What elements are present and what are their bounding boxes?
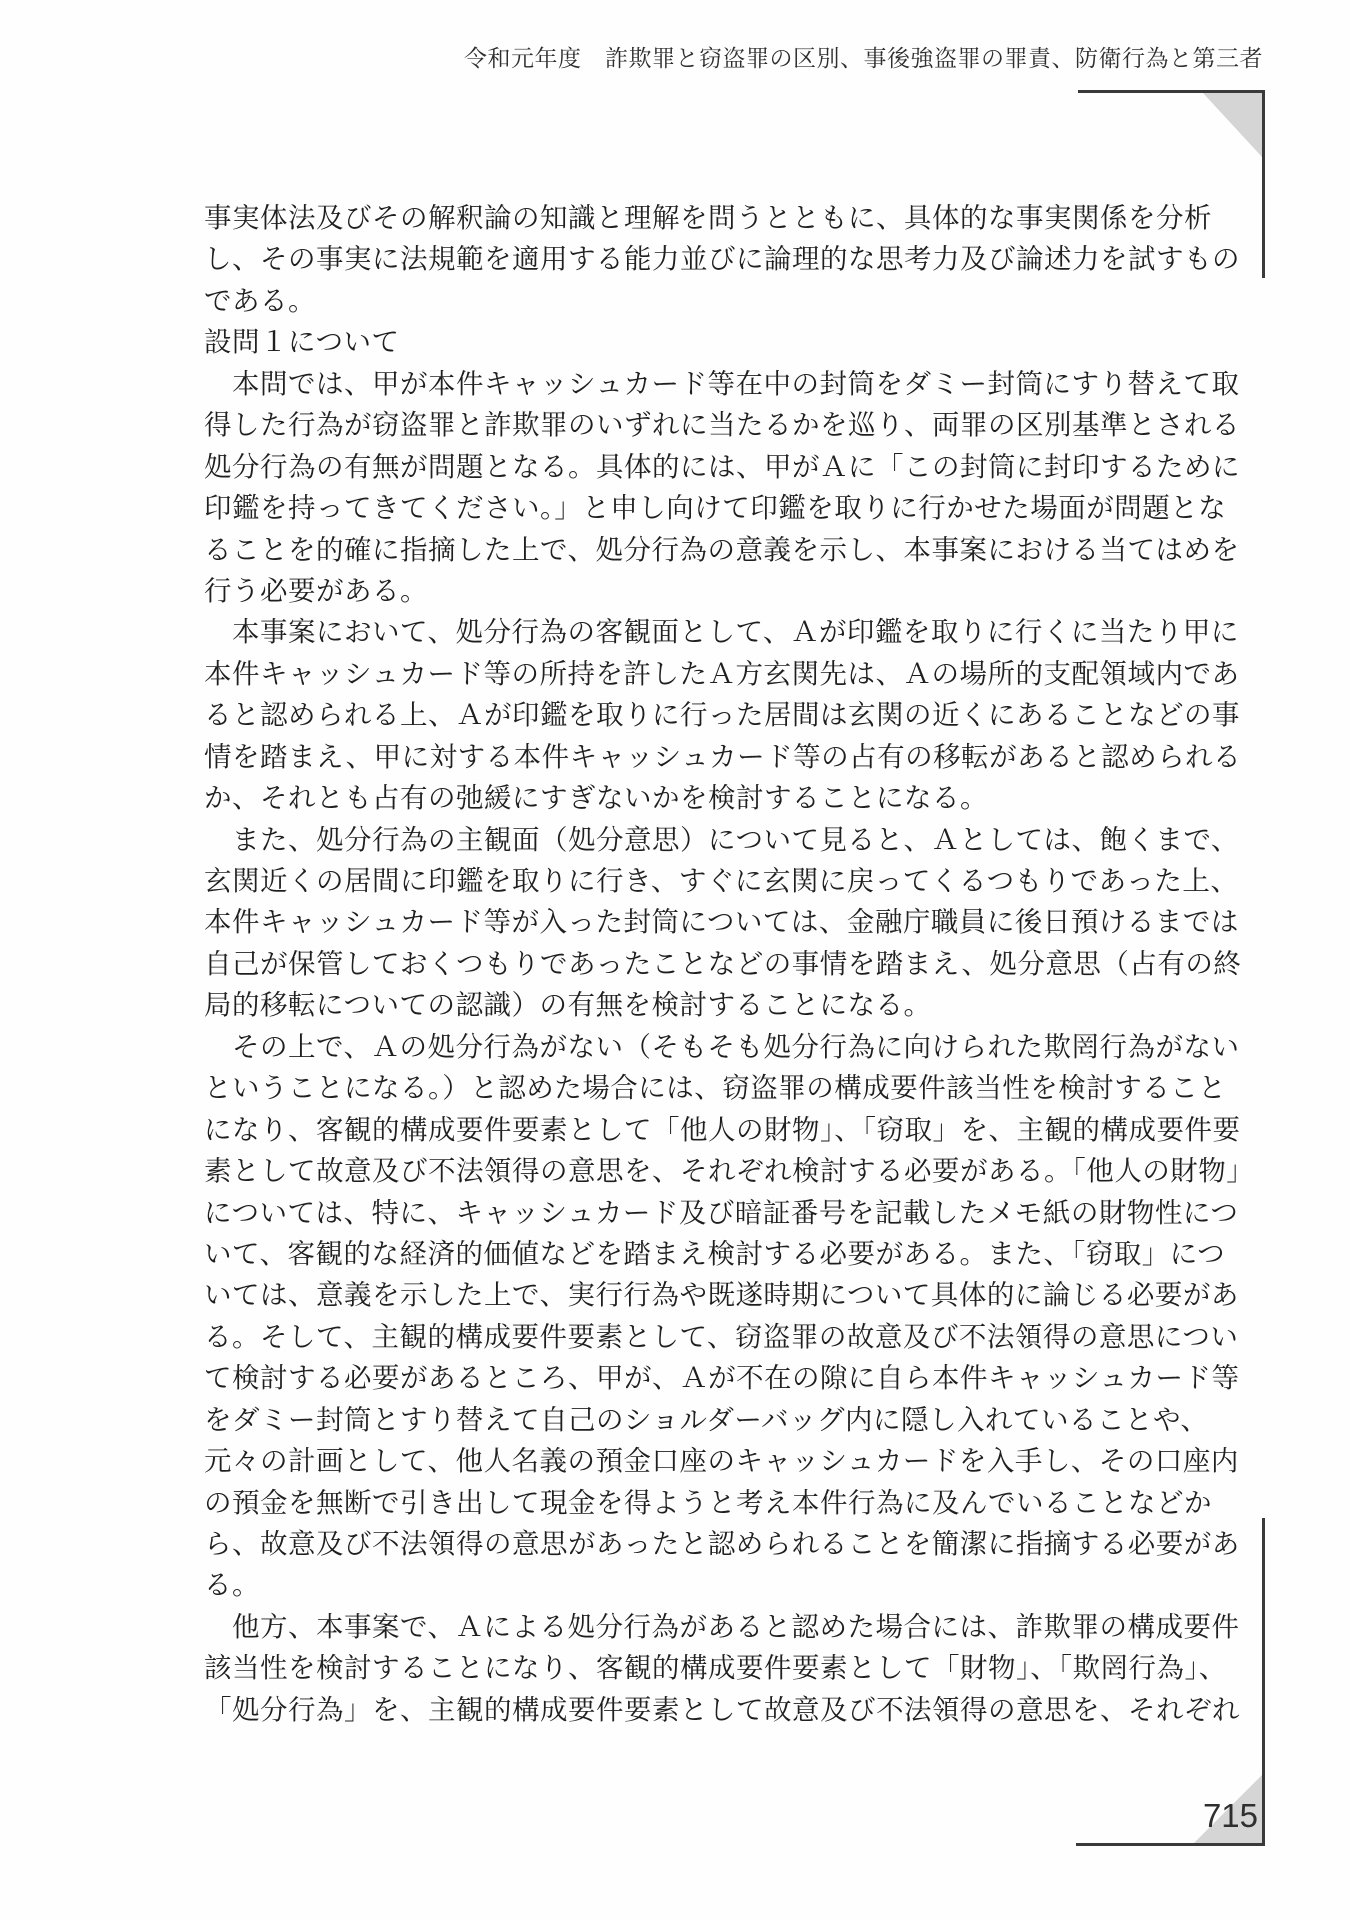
- text-line: の預金を無断で引き出して現金を得ようと考え本件行為に及んでいることなどか: [204, 1483, 1264, 1524]
- text-line: 本問では、甲が本件キャッシュカード等在中の封筒をダミー封筒にすり替えて取: [204, 364, 1264, 405]
- top-corner-fold-icon: [1203, 93, 1262, 157]
- text-line: ということになる。）と認めた場合には、窃盗罪の構成要件該当性を検討すること: [204, 1068, 1264, 1109]
- text-line: 得した行為が窃盗罪と詐欺罪のいずれに当たるかを巡り、両罪の区別基準とされる: [204, 405, 1264, 446]
- text-line: 「処分行為」を、主観的構成要件要素として故意及び不法領得の意思を、それぞれ: [204, 1690, 1264, 1731]
- text-line: になり、客観的構成要件要素として「他人の財物」、「窃取」を、主観的構成要件要: [204, 1110, 1264, 1151]
- text-line: 自己が保管しておくつもりであったことなどの事情を踏まえ、処分意思（占有の終: [204, 944, 1264, 985]
- text-line: いて、客観的な経済的価値などを踏まえ検討する必要がある。また、「窃取」につ: [204, 1234, 1264, 1275]
- text-line: 事実体法及びその解釈論の知識と理解を問うとともに、具体的な事実関係を分析: [204, 198, 1264, 239]
- text-line: 設問１について: [204, 322, 1264, 363]
- text-line: 印鑑を持ってきてください。」と申し向けて印鑑を取りに行かせた場面が問題とな: [204, 488, 1264, 529]
- text-line: をダミー封筒とすり替えて自己のショルダーバッグ内に隠し入れていることや、: [204, 1400, 1264, 1441]
- text-line: か、それとも占有の弛緩にすぎないかを検討することになる。: [204, 778, 1264, 819]
- text-line: ることを的確に指摘した上で、処分行為の意義を示し、本事案における当てはめを: [204, 530, 1264, 571]
- text-line: 該当性を検討することになり、客観的構成要件要素として「財物」、「欺罔行為」、: [204, 1648, 1264, 1689]
- bottom-corner-horizontal-rule: [1076, 1843, 1265, 1846]
- text-line: し、その事実に法規範を適用する能力並びに論理的な思考力及び論述力を試すもの: [204, 239, 1264, 280]
- text-line: て検討する必要があるところ、甲が、Ａが不在の隙に自ら本件キャッシュカード等: [204, 1358, 1264, 1399]
- text-line: る。: [204, 1565, 1264, 1606]
- bottom-corner-vertical-rule: [1262, 1518, 1265, 1846]
- text-line: 素として故意及び不法領得の意思を、それぞれ検討する必要がある。「他人の財物」: [204, 1151, 1264, 1192]
- text-line: 局的移転についての認識）の有無を検討することになる。: [204, 985, 1264, 1026]
- body-text: 事実体法及びその解釈論の知識と理解を問うとともに、具体的な事実関係を分析し、その…: [204, 198, 1264, 1731]
- text-line: その上で、Ａの処分行為がない（そもそも処分行為に向けられた欺罔行為がない: [204, 1027, 1264, 1068]
- text-line: る。そして、主観的構成要件要素として、窃盗罪の故意及び不法領得の意思につい: [204, 1317, 1264, 1358]
- text-line: については、特に、キャッシュカード及び暗証番号を記載したメモ紙の財物性につ: [204, 1193, 1264, 1234]
- text-line: 本件キャッシュカード等が入った封筒については、金融庁職員に後日預けるまでは: [204, 902, 1264, 943]
- text-line: また、処分行為の主観面（処分意思）について見ると、Ａとしては、飽くまで、: [204, 820, 1264, 861]
- text-line: である。: [204, 281, 1264, 322]
- text-line: 行う必要がある。: [204, 571, 1264, 612]
- text-line: 他方、本事案で、Ａによる処分行為があると認めた場合には、詐欺罪の構成要件: [204, 1607, 1264, 1648]
- document-page: 令和元年度 詐欺罪と窃盗罪の区別、事後強盗罪の罪責、防衛行為と第三者 事実体法及…: [0, 0, 1350, 1920]
- text-line: 本事案において、処分行為の客観面として、Ａが印鑑を取りに行くに当たり甲に: [204, 612, 1264, 653]
- top-corner-horizontal-rule: [1078, 90, 1265, 93]
- text-line: 玄関近くの居間に印鑑を取りに行き、すぐに玄関に戻ってくるつもりであった上、: [204, 861, 1264, 902]
- page-number: 715: [1203, 1799, 1258, 1832]
- text-line: 処分行為の有無が問題となる。具体的には、甲がＡに「この封筒に封印するために: [204, 447, 1264, 488]
- text-line: ると認められる上、Ａが印鑑を取りに行った居間は玄関の近くにあることなどの事: [204, 695, 1264, 736]
- text-line: 情を踏まえ、甲に対する本件キャッシュカード等の占有の移転があると認められる: [204, 737, 1264, 778]
- text-line: 本件キャッシュカード等の所持を許したＡ方玄関先は、Ａの場所的支配領域内であ: [204, 654, 1264, 695]
- text-line: ら、故意及び不法領得の意思があったと認められることを簡潔に指摘する必要があ: [204, 1524, 1264, 1565]
- text-line: いては、意義を示した上で、実行行為や既遂時期について具体的に論じる必要があ: [204, 1275, 1264, 1316]
- running-head: 令和元年度 詐欺罪と窃盗罪の区別、事後強盗罪の罪責、防衛行為と第三者: [464, 40, 1263, 73]
- text-line: 元々の計画として、他人名義の預金口座のキャッシュカードを入手し、その口座内: [204, 1441, 1264, 1482]
